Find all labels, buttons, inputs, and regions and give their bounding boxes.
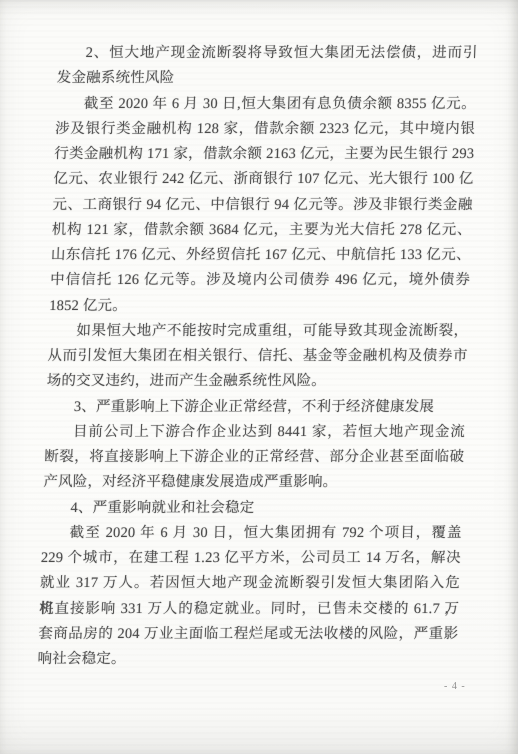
text-line: 元、工商银行 94 亿元、中信银行 94 亿元等。涉及非银行类金融 [52,193,473,218]
text-line: 3、严重影响上下游企业正常经营，不利于经济健康发展 [45,395,466,420]
text-line: 套商品房的 204 万业主面临工程烂尾或无法收楼的风险，严重影 [38,622,459,647]
text-line: 涉及银行类金融机构 128 家，借款余额 2323 亿元，其中境内银 [55,117,476,142]
page-number: - 4 - [444,681,466,692]
document-paragraph: 2、恒大地产现金流断裂将导致恒大集团无法偿债，进而引发金融系统性风险 [56,41,478,92]
text-line: 截至 2020 年 6 月 30 日，恒大集团拥有 792 个项目，覆盖 [41,521,462,546]
text-line: 目前公司上下游合作企业达到 8441 家，若恒大地产现金流 [45,420,466,445]
text-line: 山东信托 176 亿元、外经贸信托 167 亿元、中航信托 133 亿元、 [50,243,471,268]
scanned-document-page: 2、恒大地产现金流断裂将导致恒大集团无法偿债，进而引发金融系统性风险截至 202… [0,0,518,754]
text-line: 将直接影响 331 万人的稳定就业。同时，已售未交楼的 61.7 万 [39,597,460,622]
text-line: 机构 121 家，借款余额 3684 亿元，主要为光大信托 278 亿元、 [51,218,472,243]
text-line: 产风险，对经济平稳健康发展造成严重影响。 [43,470,464,495]
text-line: 如果恒大地产不能按时完成重组，可能导致其现金流断裂， [48,319,469,344]
document-paragraph: 3、严重影响上下游企业正常经营，不利于经济健康发展 [45,395,466,420]
text-line: 中信信托 126 亿元等。涉及境内公司债券 496 亿元，境外债券 [50,268,471,293]
document-paragraph: 目前公司上下游合作企业达到 8441 家，若恒大地产现金流断裂，将直接影响上下游… [43,420,466,496]
document-paragraph: 4、严重影响就业和社会稳定 [42,496,463,521]
text-line: 从而引发恒大集团在相关银行、信托、基金等金融机构及债券市 [47,344,468,369]
text-line: 行类金融机构 171 家，借款余额 2163 亿元，主要为民生银行 293 [54,142,475,167]
text-line: 亿元、农业银行 242 亿元、浙商银行 107 亿元、光大银行 100 亿 [53,167,474,192]
document-body: 2、恒大地产现金流断裂将导致恒大集团无法偿债，进而引发金融系统性风险截至 202… [37,41,478,672]
text-line: 1852 亿元。 [49,294,470,319]
text-line: 4、严重影响就业和社会稳定 [42,496,463,521]
text-line: 就业 317 万人。若因恒大地产现金流断裂引发恒大集团陷入危机， [40,571,461,596]
text-line: 229 个城市，在建工程 1.23 亿平方米，公司员工 14 万名，解决 [40,546,461,571]
text-line: 截至 2020 年 6 月 30 日,恒大集团有息负债余额 8355 亿元。 [55,92,476,117]
text-line: 发金融系统性风险 [56,66,477,91]
text-line: 断裂，将直接影响上下游企业的正常经营、部分企业甚至面临破 [44,445,465,470]
text-line: 响社会稳定。 [37,647,458,672]
document-paragraph: 截至 2020 年 6 月 30 日，恒大集团拥有 792 个项目，覆盖229 … [37,521,462,673]
text-line: 2、恒大地产现金流断裂将导致恒大集团无法偿债，进而引 [57,41,478,66]
text-line: 场的交叉违约，进而产生金融系统性风险。 [46,369,467,394]
document-paragraph: 如果恒大地产不能按时完成重组，可能导致其现金流断裂，从而引发恒大集团在相关银行、… [46,319,469,395]
document-paragraph: 截至 2020 年 6 月 30 日,恒大集团有息负债余额 8355 亿元。涉及… [49,92,477,319]
